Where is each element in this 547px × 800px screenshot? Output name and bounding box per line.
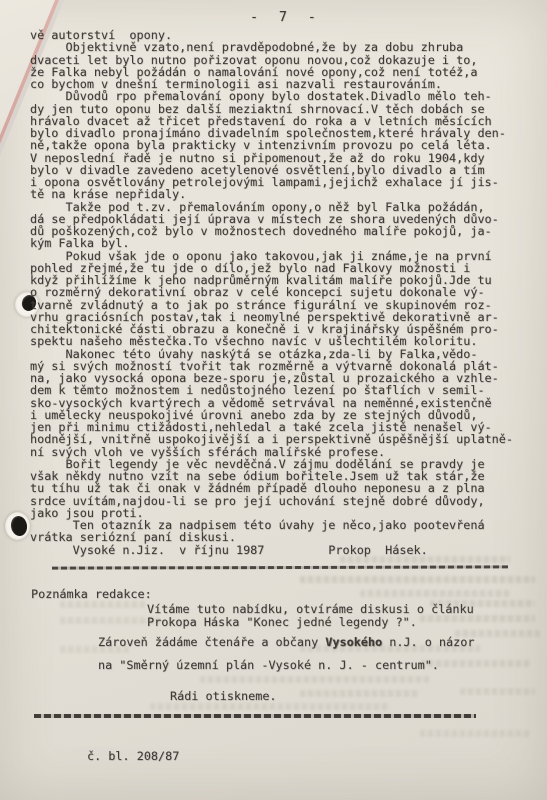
editor-note-line-1: Vítáme tuto nabídku, otvíráme diskusi o … xyxy=(147,602,474,616)
editor-note-line-3: Zároveň žádáme čtenáře a občany Vysokého… xyxy=(98,635,474,649)
editor-note-heading: Poznámka redakce: xyxy=(31,587,152,601)
bleed-through-line xyxy=(300,690,420,697)
separator-line-top xyxy=(52,565,508,569)
editor-note-line-5: Rádi otiskneme. xyxy=(170,689,277,703)
editor-note-line-3-bold-word: Vysokého xyxy=(325,635,382,649)
bleed-through-line xyxy=(420,730,530,737)
typewritten-body: vě autorství opony. Objektivně vzato,nen… xyxy=(30,29,513,556)
bleed-through-line xyxy=(200,676,430,683)
editor-note-line-3-suffix: n.J. o názor xyxy=(382,635,474,649)
bleed-through-line xyxy=(60,601,145,608)
bleed-through-line xyxy=(300,576,535,583)
footer-reference: č. bl. 208/87 xyxy=(87,749,179,763)
separator-line-bottom xyxy=(34,714,476,718)
bleed-through-line xyxy=(420,615,535,622)
editor-note-line-3-prefix: Zároveň žádáme čtenáře a občany xyxy=(98,635,325,649)
editor-note-line-4: na "Směrný územní plán -Vysoké n. J. - c… xyxy=(98,658,439,672)
bleed-through-line xyxy=(460,688,535,695)
editor-note-line-2: Prokopa Háska "Konec jedné legendy ?". xyxy=(147,615,417,629)
bleed-through-line xyxy=(340,556,510,563)
bleed-through-line xyxy=(60,617,160,624)
bleed-through-line xyxy=(150,703,390,710)
bleed-through-line xyxy=(360,590,510,597)
scanned-page: - 7 - vě autorství opony. Objektivně vza… xyxy=(0,0,547,800)
page-number: - 7 - xyxy=(250,9,317,25)
